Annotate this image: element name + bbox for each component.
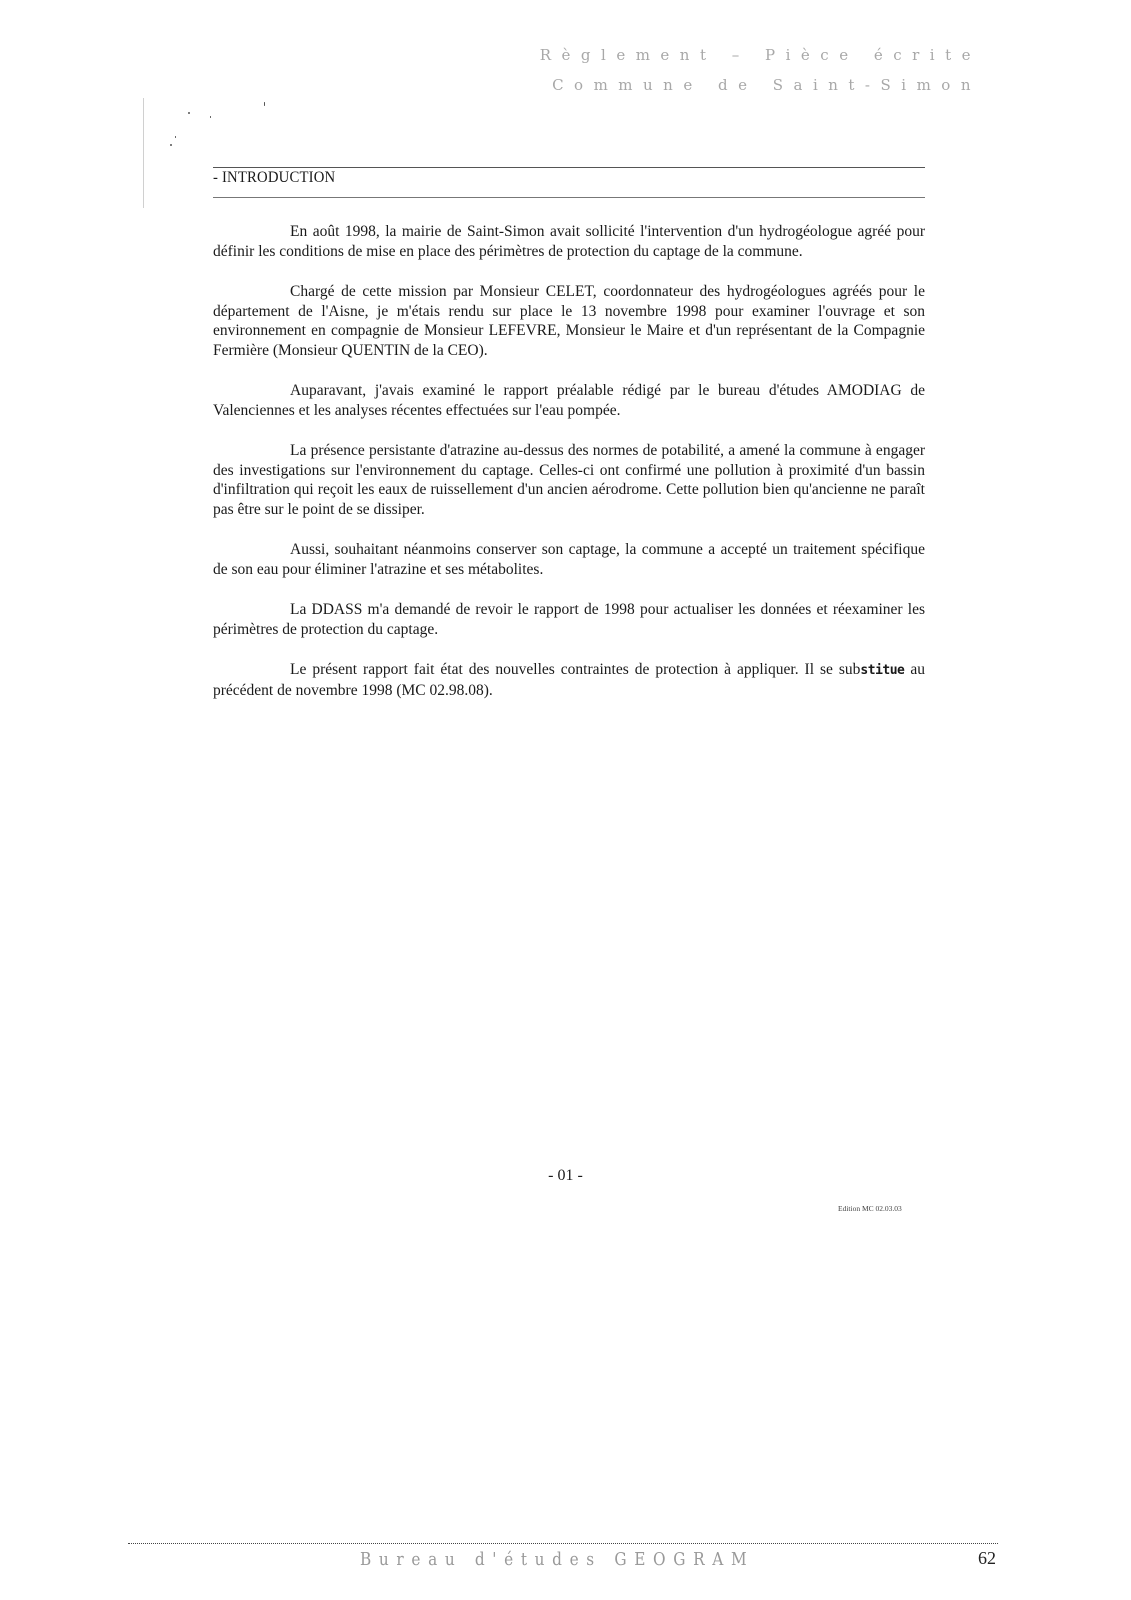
paragraph: Aussi, souhaitant néanmoins conserver so…	[213, 540, 925, 579]
paragraph: La DDASS m'a demandé de revoir le rappor…	[213, 600, 925, 639]
footer-page-number: 62	[978, 1548, 996, 1569]
section-rule-bottom	[213, 197, 925, 198]
footer-rule	[128, 1543, 998, 1544]
paragraph-text: Le présent rapport fait état des nouvell…	[290, 661, 860, 678]
speck	[264, 102, 265, 106]
speck	[210, 116, 211, 118]
paragraph: Auparavant, j'avais examiné le rapport p…	[213, 381, 925, 420]
header-commune: Commune de Saint-Simon	[552, 76, 981, 94]
paragraph-final: Le présent rapport fait état des nouvell…	[213, 660, 925, 700]
footer-company: Bureau d'études GEOGRAM	[360, 1549, 754, 1570]
scan-edge-mark	[143, 98, 144, 208]
paragraph: En août 1998, la mairie de Saint-Simon a…	[213, 222, 925, 261]
section-rule-top	[213, 167, 925, 168]
inner-page-number: - 01 -	[0, 1167, 1131, 1185]
paragraph: Chargé de cette mission par Monsieur CEL…	[213, 282, 925, 360]
speck	[188, 112, 190, 114]
document-body: En août 1998, la mairie de Saint-Simon a…	[213, 222, 925, 721]
paragraph: La présence persistante d'atrazine au-de…	[213, 441, 925, 519]
header-document-type: Règlement – Pièce écrite	[540, 46, 981, 64]
speck	[170, 144, 172, 146]
speck	[175, 136, 176, 138]
scan-specks	[170, 100, 270, 160]
section-title: - INTRODUCTION	[213, 169, 335, 187]
edition-stamp: Edition MC 02.03.03	[838, 1204, 902, 1213]
typed-correction: stitue	[860, 663, 904, 678]
